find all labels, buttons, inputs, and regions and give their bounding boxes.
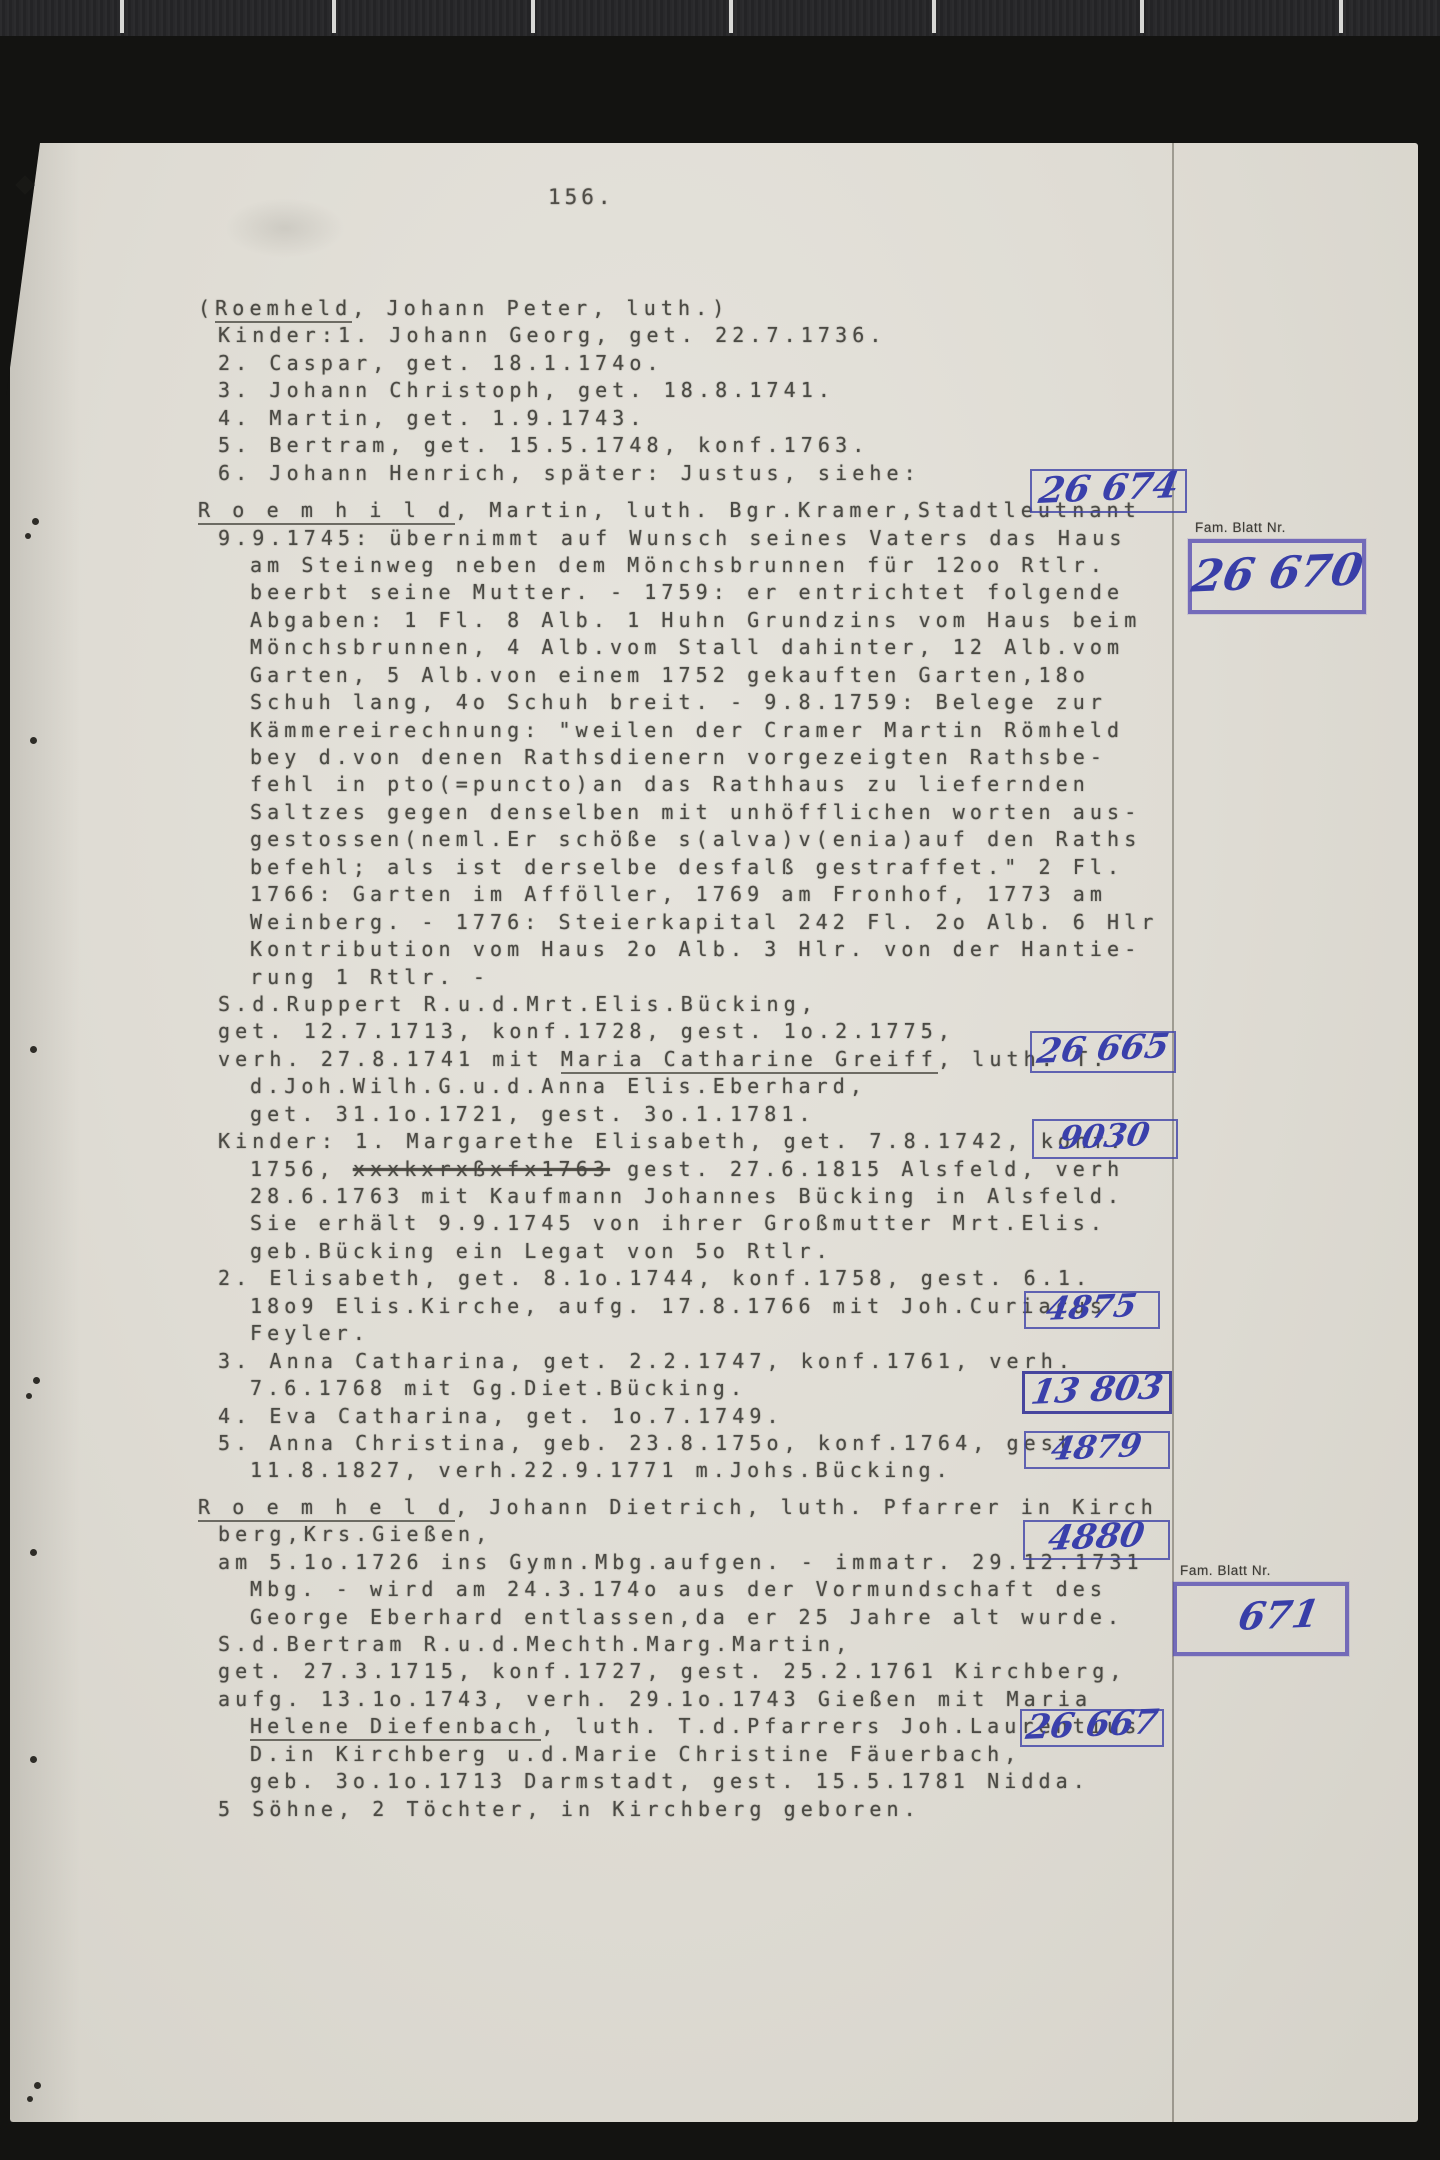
- text-line: 7.6.1768 mit Gg.Diet.Bücking.: [10, 1375, 1418, 1402]
- underlined-name: Roemheld: [215, 296, 352, 323]
- fam-blatt-nr-label: Fam. Blatt Nr.: [1180, 1563, 1271, 1578]
- text-segment: beerbt seine Mutter. - 1759: er entricht…: [250, 580, 1124, 604]
- punch-mark: [32, 518, 39, 525]
- text-segment: bey d.von denen Rathsdienern vorgezeigte…: [250, 745, 1107, 769]
- text-line: 2. Caspar, get. 18.1.174o.: [10, 350, 1418, 377]
- punch-mark: [30, 737, 37, 744]
- handwritten-number: 26 674: [1036, 467, 1181, 509]
- text-line: 3. Anna Catharina, get. 2.2.1747, konf.1…: [10, 1348, 1418, 1375]
- fam-blatt-nr-stamp-box: Fam. Blatt Nr.26 670: [1188, 539, 1366, 614]
- text-segment: Mönchsbrunnen, 4 Alb.vom Stall dahinter,…: [250, 635, 1124, 659]
- text-line: D.in Kirchberg u.d.Marie Christine Fäuer…: [10, 1741, 1418, 1768]
- text-line: berg,Krs.Gießen,: [10, 1521, 1418, 1548]
- family-sheet-number-box: 9030: [1032, 1119, 1178, 1159]
- punch-mark: [26, 1393, 32, 1399]
- text-line: befehl; als ist derselbe desfalß gestraf…: [10, 854, 1418, 881]
- text-segment: 18o9 Elis.Kirche, aufg. 17.8.1766 mit Jo…: [250, 1294, 1107, 1318]
- text-segment: S.d.Bertram R.u.d.Mechth.Marg.Martin,: [218, 1632, 852, 1656]
- punch-mark: [33, 1377, 40, 1384]
- text-line: 4. Martin, get. 1.9.1743.: [10, 405, 1418, 432]
- text-line: 11.8.1827, verh.22.9.1771 m.Johs.Bücking…: [10, 1457, 1418, 1484]
- punch-mark: [30, 1046, 37, 1053]
- text-line: Kämmereirechnung: "weilen der Cramer Mar…: [10, 717, 1418, 744]
- text-line: geb.Bücking ein Legat von 5o Rtlr.: [10, 1238, 1418, 1265]
- text-line: Mönchsbrunnen, 4 Alb.vom Stall dahinter,…: [10, 634, 1418, 661]
- family-sheet-number-box: 13 803: [1022, 1371, 1172, 1414]
- film-frame-tick: [531, 0, 535, 33]
- text-line: 5. Bertram, get. 15.5.1748, konf.1763.: [10, 432, 1418, 459]
- text-segment: Schuh lang, 4o Schuh breit. - 9.8.1759: …: [250, 690, 1107, 714]
- underlined-name: Helene Diefenbach: [250, 1714, 541, 1741]
- text-line: aufg. 13.1o.1743, verh. 29.1o.1743 Gieße…: [10, 1686, 1418, 1713]
- text-line: Sie erhält 9.9.1745 von ihrer Großmutter…: [10, 1210, 1418, 1237]
- text-segment: Abgaben: 1 Fl. 8 Alb. 1 Huhn Grundzins v…: [250, 608, 1141, 632]
- text-line: 5 Söhne, 2 Töchter, in Kirchberg geboren…: [10, 1796, 1418, 1823]
- text-segment: get. 12.7.1713, konf.1728, gest. 1o.2.17…: [218, 1019, 955, 1043]
- text-segment: am 5.1o.1726 ins Gymn.Mbg.aufgen. - imma…: [218, 1550, 1144, 1574]
- text-segment: get. 31.1o.1721, gest. 3o.1.1781.: [250, 1102, 816, 1126]
- punch-mark: [30, 1549, 37, 1556]
- film-frame-tick: [332, 0, 336, 33]
- text-line: rung 1 Rtlr. -: [10, 964, 1418, 991]
- text-line: get. 31.1o.1721, gest. 3o.1.1781.: [10, 1101, 1418, 1128]
- text-segment: 4. Martin, get. 1.9.1743.: [218, 406, 647, 430]
- text-segment: fehl in pto(=puncto)an das Rathhaus zu l…: [250, 772, 1090, 796]
- text-segment: , Johann Peter, luth.): [352, 296, 729, 320]
- text-segment: 5. Bertram, get. 15.5.1748, konf.1763.: [218, 433, 869, 457]
- text-segment: 11.8.1827, verh.22.9.1771 m.Johs.Bücking…: [250, 1458, 953, 1482]
- text-segment: berg,Krs.Gießen,: [218, 1522, 492, 1546]
- scanned-page-background: { "document": { "page_number": "156.", "…: [0, 0, 1440, 2160]
- handwritten-number: 13 803: [1029, 1370, 1166, 1410]
- handwritten-number: 4875: [1044, 1289, 1139, 1325]
- text-line: 4. Eva Catharina, get. 1o.7.1749.: [10, 1403, 1418, 1430]
- punch-mark: [27, 2096, 33, 2102]
- handwritten-number: 671: [1236, 1595, 1322, 1636]
- text-segment: Kinder: 1. Margarethe Elisabeth, get. 7.…: [218, 1129, 1126, 1153]
- text-line: (Roemheld, Johann Peter, luth.): [10, 295, 1418, 322]
- text-segment: , Johann Dietrich, luth. Pfarrer in Kirc…: [455, 1495, 1158, 1519]
- film-frame-tick: [729, 0, 733, 33]
- text-segment: Kontribution vom Haus 2o Alb. 3 Hlr. von…: [250, 937, 1141, 961]
- handwritten-number: 9030: [1057, 1118, 1152, 1154]
- text-line: S.d.Ruppert R.u.d.Mrt.Elis.Bücking,: [10, 991, 1418, 1018]
- text-line: Feyler.: [10, 1320, 1418, 1347]
- text-segment: 1756,: [250, 1157, 353, 1181]
- family-sheet-number-box: 26 674: [1030, 469, 1187, 513]
- text-line: Saltzes gegen denselben mit unhöfflichen…: [10, 799, 1418, 826]
- text-line: 5. Anna Christina, geb. 23.8.175o, konf.…: [10, 1430, 1418, 1457]
- text-segment: Feyler.: [250, 1321, 370, 1345]
- text-line: Schuh lang, 4o Schuh breit. - 9.8.1759: …: [10, 689, 1418, 716]
- text-segment: geb. 3o.1o.1713 Darmstadt, gest. 15.5.17…: [250, 1769, 1090, 1793]
- family-sheet-number-box: 4880: [1023, 1520, 1170, 1560]
- text-line: R o e m h e l d, Johann Dietrich, luth. …: [10, 1494, 1418, 1521]
- underlined-name: Maria Catharine Greiff: [561, 1047, 938, 1074]
- text-line: 6. Johann Henrich, später: Justus, siehe…: [10, 460, 1418, 487]
- text-segment: (: [198, 296, 215, 320]
- text-line: Weinberg. - 1776: Steierkapital 242 Fl. …: [10, 909, 1418, 936]
- text-segment: 4. Eva Catharina, get. 1o.7.1749.: [218, 1404, 784, 1428]
- family-sheet-number-box: 26 665: [1030, 1031, 1176, 1073]
- text-segment: get. 27.3.1715, konf.1727, gest. 25.2.17…: [218, 1659, 1126, 1683]
- text-segment: geb.Bücking ein Legat von 5o Rtlr.: [250, 1239, 833, 1263]
- text-line: bey d.von denen Rathsdienern vorgezeigte…: [10, 744, 1418, 771]
- handwritten-number: 4879: [1049, 1429, 1144, 1465]
- text-segment: 5 Söhne, 2 Töchter, in Kirchberg geboren…: [218, 1797, 921, 1821]
- film-frame-tick: [120, 0, 124, 33]
- text-line: fehl in pto(=puncto)an das Rathhaus zu l…: [10, 771, 1418, 798]
- handwritten-number: 26 665: [1035, 1029, 1172, 1069]
- text-line: Kinder: 1. Margarethe Elisabeth, get. 7.…: [10, 1128, 1418, 1155]
- punch-mark: [25, 533, 31, 539]
- text-line: Garten, 5 Alb.von einem 1752 gekauften G…: [10, 662, 1418, 689]
- text-segment: Kämmereirechnung: "weilen der Cramer Mar…: [250, 718, 1124, 742]
- text-segment: d.Joh.Wilh.G.u.d.Anna Elis.Eberhard,: [250, 1074, 867, 1098]
- text-segment: George Eberhard entlassen,da er 25 Jahre…: [250, 1605, 1124, 1629]
- text-segment: 1766: Garten im Afföller, 1769 am Fronho…: [250, 882, 1107, 906]
- text-segment: befehl; als ist derselbe desfalß gestraf…: [250, 855, 1124, 879]
- text-segment: am Steinweg neben dem Mönchsbrunnen für …: [250, 553, 1107, 577]
- text-line: verh. 27.8.1741 mit Maria Catharine Grei…: [10, 1046, 1418, 1073]
- text-segment: 2. Caspar, get. 18.1.174o.: [218, 351, 664, 375]
- text-segment: D.in Kirchberg u.d.Marie Christine Fäuer…: [250, 1742, 1021, 1766]
- text-segment: 28.6.1763 mit Kaufmann Johannes Bücking …: [250, 1184, 1124, 1208]
- text-line: 2. Elisabeth, get. 8.1o.1744, konf.1758,…: [10, 1265, 1418, 1292]
- struck-text: xxxkxrxßxfx1763: [353, 1157, 610, 1181]
- text-line: 1766: Garten im Afföller, 1769 am Fronho…: [10, 881, 1418, 908]
- text-segment: Weinberg. - 1776: Steierkapital 242 Fl. …: [250, 910, 1158, 934]
- text-segment: S.d.Ruppert R.u.d.Mrt.Elis.Bücking,: [218, 992, 818, 1016]
- text-line: 28.6.1763 mit Kaufmann Johannes Bücking …: [10, 1183, 1418, 1210]
- text-segment: aufg. 13.1o.1743, verh. 29.1o.1743 Gieße…: [218, 1687, 1092, 1711]
- family-sheet-number-box: 4875: [1024, 1291, 1160, 1329]
- text-segment: rung 1 Rtlr. -: [250, 965, 490, 989]
- paper: 156. (Roemheld, Johann Peter, luth.)Kind…: [10, 143, 1418, 2122]
- text-line: get. 12.7.1713, konf.1728, gest. 1o.2.17…: [10, 1018, 1418, 1045]
- fam-blatt-nr-stamp-box: Fam. Blatt Nr.671: [1173, 1582, 1349, 1656]
- film-frame-tick: [1339, 0, 1343, 33]
- family-sheet-number-box: 4879: [1024, 1431, 1170, 1469]
- underlined-name: R o e m h e l d: [198, 1495, 455, 1522]
- punch-mark: [30, 1756, 37, 1763]
- text-segment: 6. Johann Henrich, später: Justus, siehe…: [218, 461, 921, 485]
- handwritten-number: 26 670: [1188, 548, 1365, 599]
- text-line: 18o9 Elis.Kirche, aufg. 17.8.1766 mit Jo…: [10, 1293, 1418, 1320]
- film-frame-tick: [1140, 0, 1144, 33]
- text-segment: gestossen(neml.Er schöße s(alva)v(enia)a…: [250, 827, 1141, 851]
- text-segment: 5. Anna Christina, geb. 23.8.175o, konf.…: [218, 1431, 1092, 1455]
- text-line: d.Joh.Wilh.G.u.d.Anna Elis.Eberhard,: [10, 1073, 1418, 1100]
- text-line: gestossen(neml.Er schöße s(alva)v(enia)a…: [10, 826, 1418, 853]
- handwritten-number: 26 667: [1024, 1705, 1161, 1745]
- film-frame-tick: [932, 0, 936, 33]
- handwritten-number: 4880: [1046, 1518, 1147, 1556]
- family-sheet-number-box: 26 667: [1020, 1709, 1164, 1747]
- text-segment: 7.6.1768 mit Gg.Diet.Bücking.: [250, 1376, 747, 1400]
- text-segment: verh. 27.8.1741 mit: [218, 1047, 561, 1071]
- text-segment: 3. Johann Christoph, get. 18.8.1741.: [218, 378, 835, 402]
- microfilm-strip: [0, 0, 1440, 36]
- text-segment: 9.9.1745: übernimmt auf Wunsch seines Va…: [218, 526, 1126, 550]
- text-segment: Saltzes gegen denselben mit unhöfflichen…: [250, 800, 1141, 824]
- text-line: geb. 3o.1o.1713 Darmstadt, gest. 15.5.17…: [10, 1768, 1418, 1795]
- text-segment: Mbg. - wird am 24.3.174o aus der Vormund…: [250, 1577, 1107, 1601]
- underlined-name: R o e m h i l d: [198, 498, 455, 525]
- text-line: 1756, xxxkxrxßxfx1763 gest. 27.6.1815 Al…: [10, 1156, 1418, 1183]
- text-line: Kontribution vom Haus 2o Alb. 3 Hlr. von…: [10, 936, 1418, 963]
- text-segment: 3. Anna Catharina, get. 2.2.1747, konf.1…: [218, 1349, 1075, 1373]
- text-line: Kinder:1. Johann Georg, get. 22.7.1736.: [10, 322, 1418, 349]
- text-line: Helene Diefenbach, luth. T.d.Pfarrers Jo…: [10, 1713, 1418, 1740]
- text-segment: Sie erhält 9.9.1745 von ihrer Großmutter…: [250, 1211, 1107, 1235]
- text-segment: gest. 27.6.1815 Alsfeld, verh: [610, 1157, 1124, 1181]
- fam-blatt-nr-label: Fam. Blatt Nr.: [1195, 520, 1286, 535]
- text-line: 3. Johann Christoph, get. 18.8.1741.: [10, 377, 1418, 404]
- page-number: 156.: [548, 185, 615, 209]
- text-segment: Kinder:1. Johann Georg, get. 22.7.1736.: [218, 323, 887, 347]
- text-segment: Garten, 5 Alb.von einem 1752 gekauften G…: [250, 663, 1090, 687]
- text-line: get. 27.3.1715, konf.1727, gest. 25.2.17…: [10, 1658, 1418, 1685]
- text-segment: 2. Elisabeth, get. 8.1o.1744, konf.1758,…: [218, 1266, 1092, 1290]
- punch-mark: [34, 2082, 41, 2089]
